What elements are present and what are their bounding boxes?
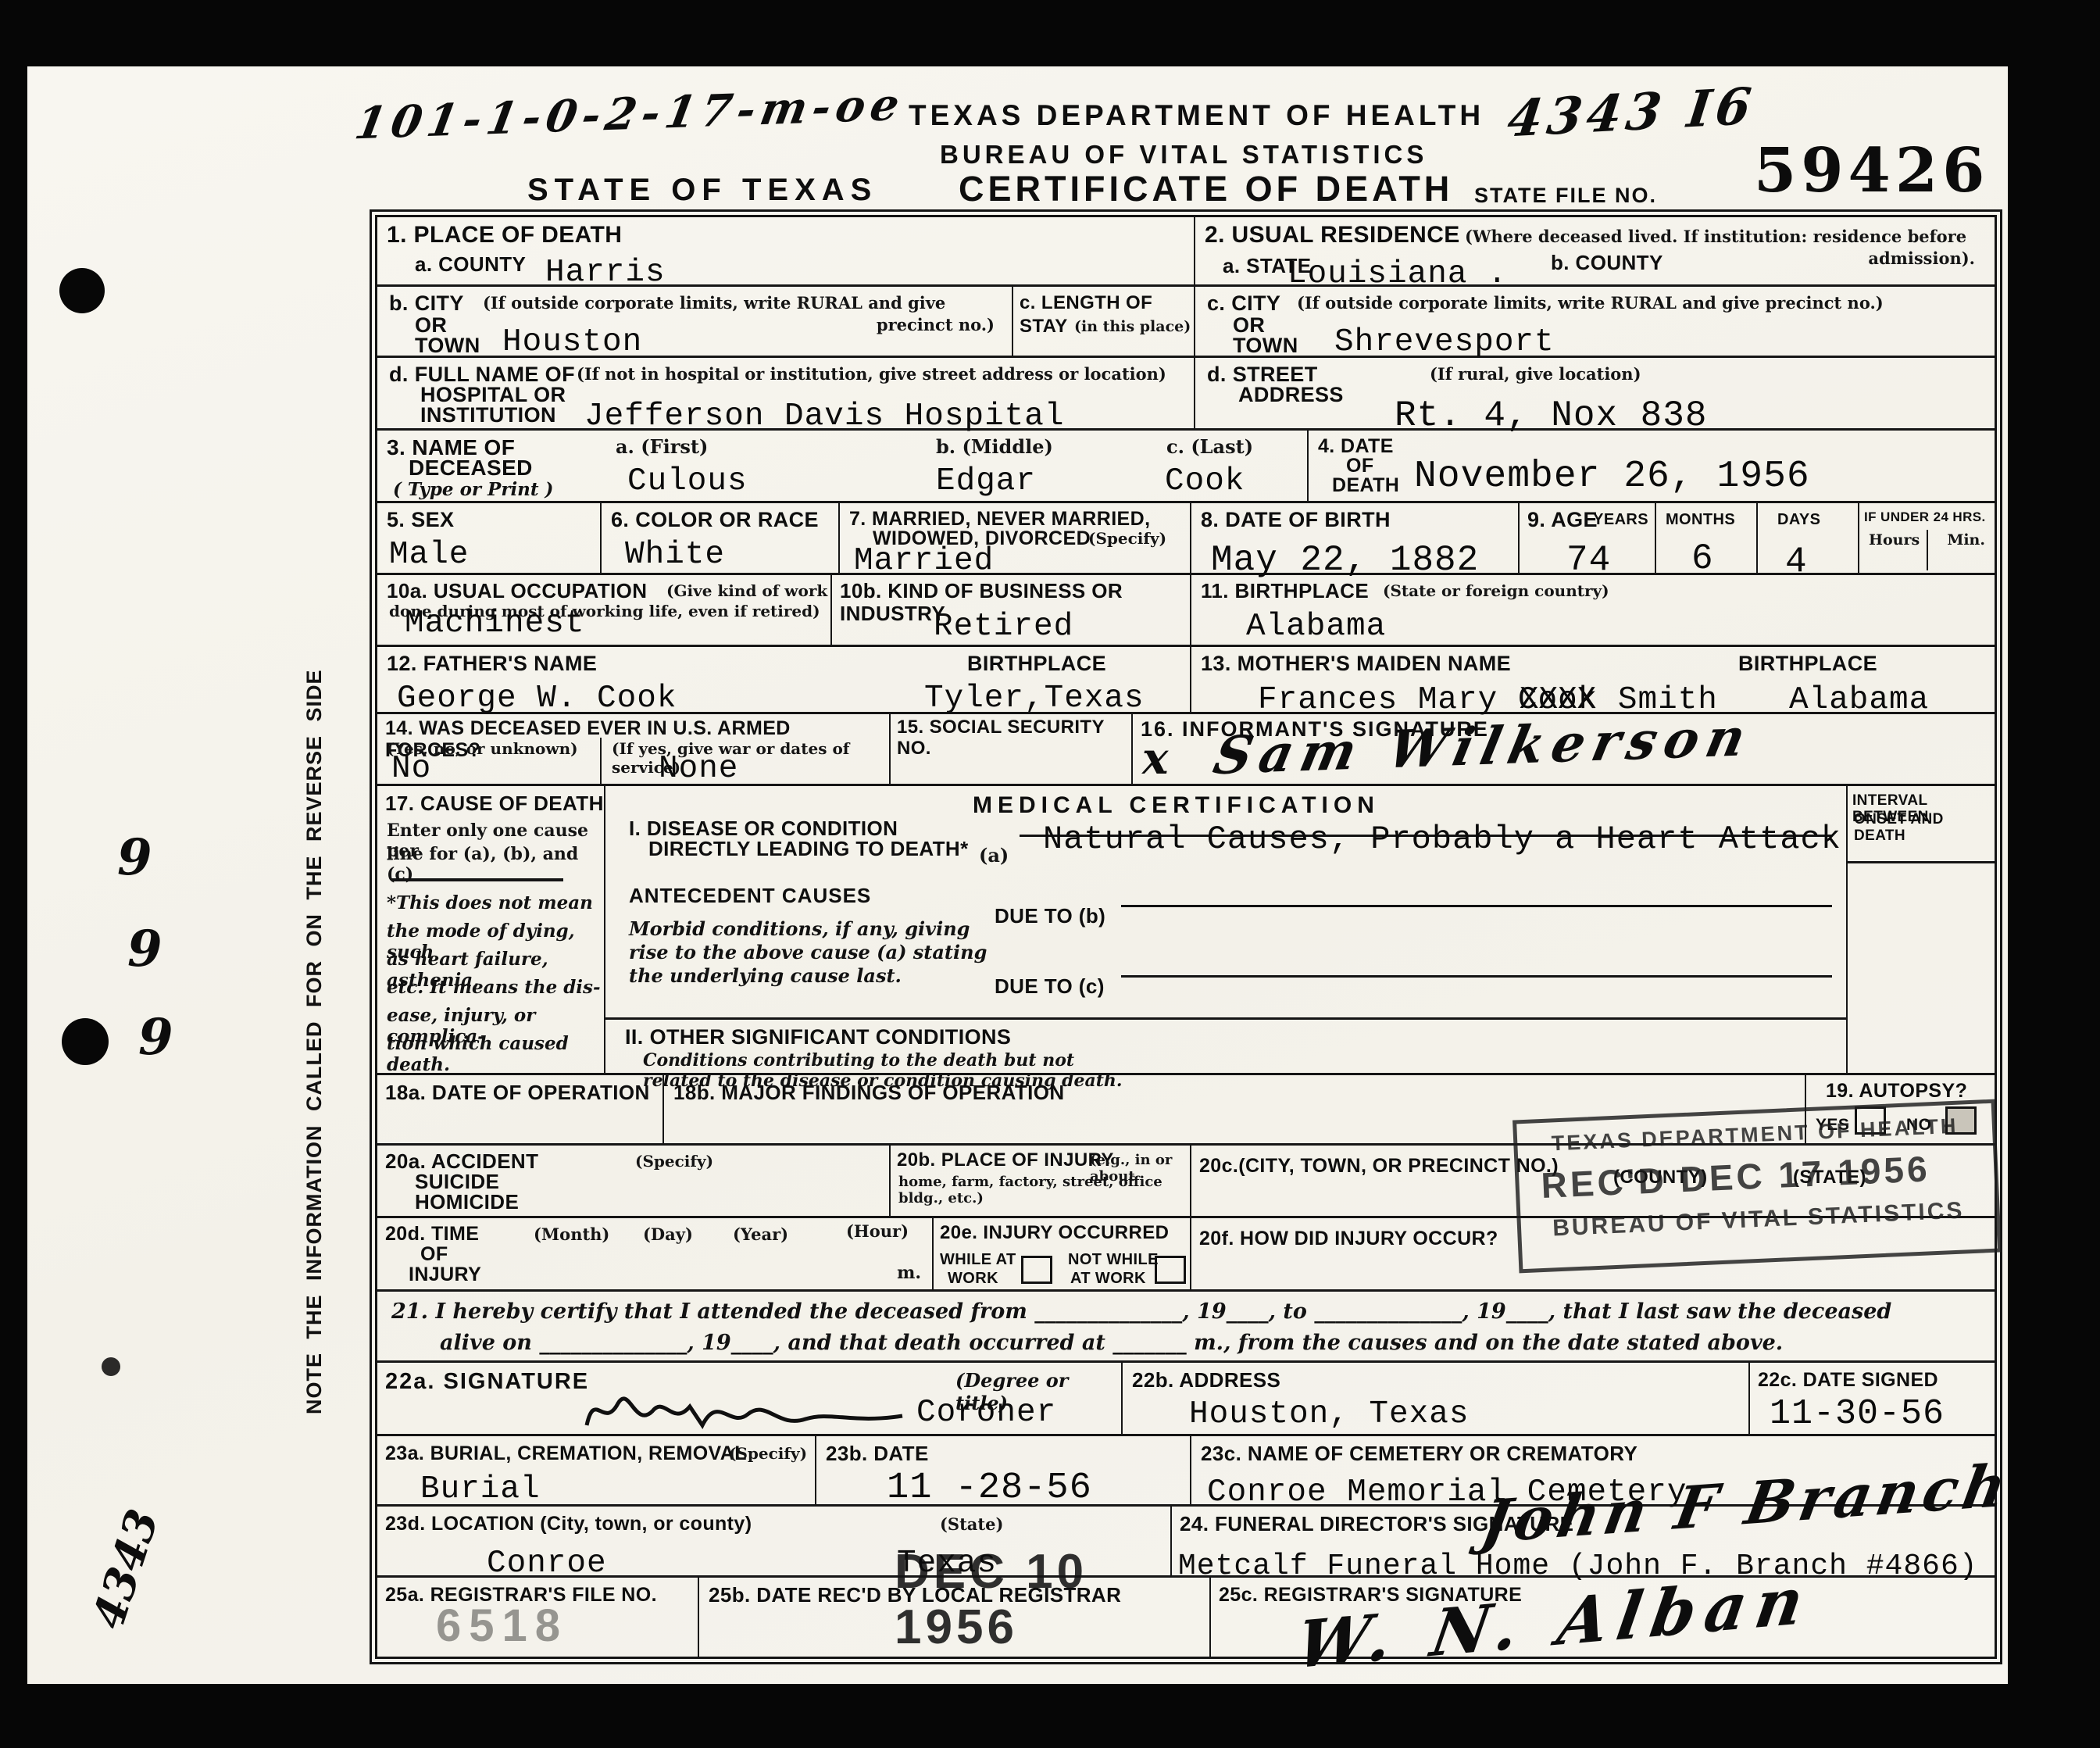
morbid-1: Morbid conditions, if any, giving	[629, 917, 970, 940]
field-ssn: 15. SOCIAL SECURITY NO.	[889, 714, 1131, 784]
time-label-1: 20d. TIME	[385, 1223, 479, 1245]
received-stamp: TEXAS DEPARTMENT OF HEALTH REC'D DEC 17 …	[1512, 1099, 2002, 1274]
dob-value: May 22, 1882	[1211, 540, 1479, 581]
day-tag: (Day)	[643, 1224, 693, 1244]
row-city: b. CITY (If outside corporate limits, wr…	[377, 284, 1995, 356]
row-signature: 22a. SIGNATURE (Degree or title) Coroner…	[377, 1360, 1995, 1434]
age-months-label: MONTHS	[1666, 511, 1735, 528]
cause-foot-4: etc. It means the dis-	[387, 977, 601, 998]
father-label: 12. FATHER'S NAME	[387, 652, 597, 675]
occupation-label: 10a. USUAL OCCUPATION	[387, 580, 647, 602]
name-label-3: ( Type or Print )	[393, 479, 553, 500]
handwritten-nine-1: 9	[117, 828, 152, 887]
certify-line-2: alive on ______________, 19____, and tha…	[440, 1331, 1783, 1355]
forces-answer: No	[391, 751, 431, 787]
occurred-label: 20e. INJURY OCCURRED	[940, 1223, 1169, 1244]
occupation-note-1: (Give kind of work	[666, 581, 827, 600]
forces-divider	[600, 738, 602, 786]
due-to-c-label: DUE TO (c)	[995, 975, 1105, 998]
field-city-of-death: b. CITY (If outside corporate limits, wr…	[377, 287, 1012, 356]
mother-label: 13. MOTHER'S MAIDEN NAME	[1201, 652, 1511, 675]
street-note: (If rural, give location)	[1430, 364, 1641, 384]
field-date-of-death: 4. DATE OF DEATH November 26, 1956	[1307, 431, 1995, 501]
burial-date-label: 23b. DATE	[826, 1442, 929, 1465]
other-note-1: Conditions contributing to the death but…	[643, 1050, 1074, 1071]
state-file-number: 59426	[1754, 135, 1989, 206]
res-city-label-1: c. CITY	[1207, 291, 1280, 315]
due-to-b-label: DUE TO (b)	[995, 905, 1105, 928]
last-name-value: Cook	[1165, 463, 1245, 499]
injury-loc-label: 20c.(CITY, TOWN, OR PRECINCT NO.)	[1199, 1155, 1559, 1177]
field-burial-location: 23d. LOCATION (City, town, or county) Co…	[377, 1507, 791, 1575]
field-signature: 22a. SIGNATURE (Degree or title) Coroner	[377, 1363, 1121, 1434]
residence-title-note: (Where deceased lived. If institution: r…	[1465, 227, 1966, 246]
field-certify-statement: 21. I hereby certify that I attended the…	[377, 1292, 1995, 1360]
operation-date-label: 18a. DATE OF OPERATION	[385, 1081, 650, 1104]
age-days-value: 4	[1785, 542, 1808, 582]
field-length-of-stay: c. LENGTH OF STAY (in this place)	[1012, 287, 1194, 356]
hospital-value: Jefferson Davis Hospital	[584, 399, 1065, 434]
father-birthplace-value: Tyler,Texas	[924, 681, 1145, 717]
residence-title-note2: admission).	[1868, 248, 1975, 268]
birthplace-note: (State or foreign country)	[1383, 581, 1609, 600]
medical-certification-title: MEDICAL CERTIFICATION	[973, 792, 1380, 819]
marital-note: (Specify)	[1088, 529, 1166, 548]
forces-note-2: (If yes, give war or dates of service)	[612, 739, 889, 777]
age-days-label: DAYS	[1777, 511, 1820, 528]
age-months-value: 6	[1691, 538, 1714, 579]
city-note-2: precinct no.)	[877, 315, 995, 334]
reverse-side-note: NOTE THE INFORMATION CALLED FOR ON THE R…	[302, 422, 327, 1414]
burial-label: 23a. BURIAL, CREMATION, REMOVAL	[385, 1442, 747, 1464]
field-name-label: 3. NAME OF DECEASED ( Type or Print )	[377, 431, 596, 501]
birthplace-value: Alabama	[1246, 609, 1386, 645]
city-note-1: (If outside corporate limits, write RURA…	[483, 293, 945, 313]
not-while-2: AT WORK	[1070, 1270, 1146, 1287]
hours-min-divider	[1927, 530, 1928, 570]
handwritten-header-code: 101-1-0-2-17-m-oe	[351, 79, 909, 150]
city-label-1: b. CITY	[389, 291, 464, 315]
row-forces-informant: 14. WAS DECEASED EVER IN U.S. ARMED FORC…	[377, 712, 1995, 784]
place-injury-note-2: home, farm, factory, street, office bldg…	[898, 1174, 1190, 1206]
cause-foot-6: tion which caused death.	[387, 1033, 604, 1075]
date-signed-value: 11-30-56	[1770, 1394, 1945, 1434]
field-operation-date: 18a. DATE OF OPERATION	[377, 1075, 662, 1143]
antecedent-label: ANTECEDENT CAUSES	[629, 885, 871, 907]
dod-label-1: 4. DATE	[1318, 435, 1394, 457]
field-race: 6. COLOR OR RACE White	[600, 503, 838, 573]
mother-birthplace-label: BIRTHPLACE	[1738, 652, 1877, 675]
row-location-funeral: 23d. LOCATION (City, town, or county) Co…	[377, 1504, 1995, 1575]
kind-label-3: HOMICIDE	[415, 1191, 519, 1214]
field-under-24: IF UNDER 24 HRS. Hours Min.	[1858, 503, 1995, 573]
race-value: White	[625, 537, 725, 573]
field-marital: 7. MARRIED, NEVER MARRIED, WIDOWED, DIVO…	[838, 503, 1190, 573]
row-registrar: 25a. REGISTRAR'S FILE NO. 6518 25b. DATE…	[377, 1575, 1995, 1657]
stay-label-1: c. LENGTH OF	[1020, 293, 1152, 314]
row-demographics: 5. SEX Male 6. COLOR OR RACE White 7. MA…	[377, 501, 1995, 573]
residence-county-label: b. COUNTY	[1551, 252, 1663, 274]
handwritten-corner-code: 4343	[82, 1503, 169, 1635]
father-name-value: George W. Cook	[397, 681, 677, 717]
field-father: 12. FATHER'S NAME BIRTHPLACE George W. C…	[377, 647, 1190, 712]
father-birthplace-label: BIRTHPLACE	[967, 652, 1106, 675]
address-value: Houston, Texas	[1189, 1396, 1469, 1432]
field-funeral-director: 24. FUNERAL DIRECTOR'S SIGNATURE Metcalf…	[1170, 1507, 1995, 1575]
degree-value: Coroner	[916, 1395, 1056, 1431]
header-title: CERTIFICATE OF DEATH	[959, 170, 1453, 209]
row-place-residence: 1. PLACE OF DEATH a. COUNTY Harris 2. US…	[377, 217, 1995, 284]
last-name-label: c. (Last)	[1166, 435, 1253, 458]
hospital-label-3: INSTITUTION	[420, 403, 556, 427]
signature-label: 22a. SIGNATURE	[385, 1369, 589, 1394]
cause-label: 17. CAUSE OF DEATH	[385, 792, 604, 815]
county-value: Harris	[545, 255, 666, 291]
while-at-work-checkbox	[1021, 1256, 1052, 1284]
cemetery-label: 23c. NAME OF CEMETERY OR CREMATORY	[1201, 1442, 1637, 1465]
header-department: TEXAS DEPARTMENT OF HEALTH	[909, 99, 1484, 131]
month-tag: (Month)	[534, 1224, 609, 1244]
field-first-name: a. (First) Culous	[596, 431, 901, 501]
field-date-received: 25b. DATE REC'D BY LOCAL REGISTRAR DEC 1…	[698, 1578, 1209, 1657]
field-sex: 5. SEX Male	[377, 503, 600, 573]
punch-hole-top	[59, 268, 105, 313]
row-name: 3. NAME OF DECEASED ( Type or Print ) a.…	[377, 428, 1995, 501]
medical-certification-column: MEDICAL CERTIFICATION I. DISEASE OR COND…	[604, 786, 1846, 1073]
handwritten-file-code: 4343 I6	[1505, 77, 1759, 148]
field-industry: 10b. KIND OF BUSINESS OR INDUSTRY Retire…	[830, 575, 1190, 645]
field-place-of-injury: 20b. PLACE OF INJURY (e.g., in or about …	[889, 1146, 1190, 1216]
industry-value: Retired	[934, 609, 1073, 645]
header-state-of-texas: STATE OF TEXAS	[527, 173, 877, 208]
cause-foot-1: *This does not mean	[387, 892, 593, 913]
hour-tag: (Hour)	[846, 1221, 909, 1241]
city-label-3: TOWN	[415, 334, 480, 357]
dod-label-3: DEATH	[1332, 474, 1399, 496]
hospital-note: (If not in hospital or institution, give…	[577, 364, 1166, 384]
interval-line	[1848, 861, 1995, 863]
field-residence-city: c. CITY (If outside corporate limits, wr…	[1194, 287, 1995, 356]
cause-notes-column: 17. CAUSE OF DEATH Enter only one cause …	[377, 786, 604, 1073]
funeral-director-typed: Metcalf Funeral Home (John F. Branch #48…	[1178, 1550, 1978, 1583]
not-while-at-work-checkbox	[1155, 1256, 1186, 1284]
burial-location-label: 23d. LOCATION (City, town, or county)	[385, 1513, 752, 1535]
street-label-2: ADDRESS	[1238, 383, 1344, 406]
field-usual-residence: 2. USUAL RESIDENCE (Where deceased lived…	[1194, 217, 1995, 284]
hours-label: Hours	[1869, 531, 1920, 549]
dob-label: 8. DATE OF BIRTH	[1201, 508, 1391, 531]
informant-x-mark: x	[1142, 733, 1168, 785]
header-bureau: BUREAU OF VITAL STATISTICS	[940, 141, 1427, 170]
field-burial: 23a. BURIAL, CREMATION, REMOVAL (Specify…	[377, 1436, 815, 1504]
morbid-3: the underlying cause last.	[629, 964, 902, 987]
burial-date-value: 11 -28-56	[887, 1467, 1092, 1509]
row-certify-statement: 21. I hereby certify that I attended the…	[377, 1289, 1995, 1360]
address-label: 22b. ADDRESS	[1132, 1369, 1280, 1392]
first-name-label: a. (First)	[616, 435, 708, 458]
stamp-line-2: REC'D DEC 17 1956	[1541, 1145, 1984, 1206]
m-tag: m.	[897, 1263, 921, 1283]
row-hospital: d. FULL NAME OF (If not in hospital or i…	[377, 356, 1995, 428]
marital-label-1: 7. MARRIED, NEVER MARRIED,	[849, 508, 1150, 530]
time-label-2: OF	[420, 1243, 448, 1265]
middle-name-value: Edgar	[936, 463, 1036, 499]
field-burial-date: 23b. DATE 11 -28-56	[815, 1436, 1190, 1504]
dod-label-2: OF	[1346, 455, 1374, 477]
row-cause-of-death: 17. CAUSE OF DEATH Enter only one cause …	[377, 784, 1995, 1073]
due-to-c-line	[1121, 975, 1832, 978]
place-injury-label: 20b. PLACE OF INJURY	[897, 1150, 1114, 1171]
field-street-address: d. STREET ADDRESS (If rural, give locati…	[1194, 358, 1995, 428]
stay-label-2: STAY	[1020, 316, 1068, 338]
ink-dot	[102, 1357, 120, 1376]
other-conditions-divider	[605, 1017, 1846, 1020]
operation-findings-label: 18b. MAJOR FINDINGS OF OPERATION	[673, 1081, 1065, 1104]
field-age-months: MONTHS 6	[1655, 503, 1756, 573]
burial-value: Burial	[420, 1471, 541, 1507]
while-at-2: WORK	[948, 1270, 998, 1287]
year-tag: (Year)	[733, 1224, 788, 1244]
sex-label: 5. SEX	[387, 508, 454, 531]
under24-label: IF UNDER 24 HRS.	[1864, 509, 1986, 524]
field-time-of-injury: 20d. TIME OF INJURY (Month) (Day) (Year)…	[377, 1218, 932, 1289]
city-value: Houston	[502, 324, 642, 360]
certificate-form: 1. PLACE OF DEATH a. COUNTY Harris 2. US…	[375, 215, 1997, 1659]
cause-a-value: Natural Causes, Probably a Heart Attack	[1043, 820, 1841, 858]
res-city-value: Shrevesport	[1334, 324, 1555, 360]
field-occupation: 10a. USUAL OCCUPATION (Give kind of work…	[377, 575, 830, 645]
burial-location-value: Conroe	[487, 1546, 607, 1582]
interval-label-2: ONSET AND DEATH	[1854, 811, 1995, 845]
res-city-note: (If outside corporate limits, write RURA…	[1297, 293, 1884, 313]
autopsy-label: 19. AUTOPSY?	[1826, 1080, 1967, 1102]
interval-column: INTERVAL BETWEEN ONSET AND DEATH	[1846, 786, 1995, 1073]
field-accident-suicide-homicide: 20a. ACCIDENT SUICIDE HOMICIDE (Specify)	[377, 1146, 889, 1216]
handwritten-nine-3: 9	[138, 1008, 173, 1067]
res-city-label-3: TOWN	[1233, 334, 1298, 357]
time-label-3: INJURY	[409, 1264, 481, 1285]
other-conditions-label: II. OTHER SIGNIFICANT CONDITIONS	[625, 1025, 1011, 1049]
field-hospital: d. FULL NAME OF (If not in hospital or i…	[377, 358, 1194, 428]
field-mother: 13. MOTHER'S MAIDEN NAME BIRTHPLACE Fran…	[1190, 647, 1995, 712]
due-to-b-line	[1121, 905, 1832, 907]
registrar-file-value: 6518	[436, 1600, 568, 1652]
middle-name-label: b. (Middle)	[936, 435, 1053, 458]
forces-detail: None	[659, 751, 738, 787]
birthplace-label: 11. BIRTHPLACE	[1201, 580, 1369, 602]
occupation-value: Machinest	[405, 606, 584, 642]
handwritten-nine-2: 9	[127, 920, 162, 978]
field-armed-forces: 14. WAS DECEASED EVER IN U.S. ARMED FORC…	[377, 714, 889, 784]
min-label: Min.	[1947, 531, 1985, 549]
field-age: 9. AGE YEARS 74	[1518, 503, 1655, 573]
ssn-label: 15. SOCIAL SECURITY NO.	[897, 717, 1131, 760]
age-years-label: YEARS	[1593, 511, 1648, 528]
field-address-22b: 22b. ADDRESS Houston, Texas	[1121, 1363, 1748, 1434]
race-label: 6. COLOR OR RACE	[611, 508, 819, 531]
dod-value: November 26, 1956	[1414, 456, 1810, 498]
cause-note-divider	[391, 878, 563, 881]
first-name-value: Culous	[627, 463, 748, 499]
mother-name-a: Frances Mary	[1258, 682, 1518, 718]
field-birthplace: 11. BIRTHPLACE (State or foreign country…	[1190, 575, 1995, 645]
field-date-of-birth: 8. DATE OF BIRTH May 22, 1882	[1190, 503, 1518, 573]
marital-value: Married	[854, 543, 994, 579]
field-registrar-signature: 25c. REGISTRAR'S SIGNATURE W. N. Alban	[1209, 1578, 1995, 1657]
how-injury-label: 20f. HOW DID INJURY OCCUR?	[1199, 1228, 1498, 1249]
field-injury-occurred: 20e. INJURY OCCURRED WHILE AT WORK NOT W…	[932, 1218, 1190, 1289]
burial-note: (Specify)	[729, 1444, 807, 1463]
field-date-signed: 22c. DATE SIGNED 11-30-56	[1748, 1363, 1995, 1434]
state-file-no-label: STATE FILE NO.	[1474, 184, 1657, 207]
name-label-2: DECEASED	[409, 456, 533, 480]
field-middle-name: b. (Middle) Edgar	[901, 431, 1159, 501]
street-value: Rt. 4, Nox 838	[1395, 395, 1707, 436]
stay-note: (in this place)	[1074, 318, 1191, 335]
sex-value: Male	[389, 537, 469, 573]
disease-a-tag: (a)	[979, 844, 1009, 867]
while-at-1: WHILE AT	[940, 1251, 1016, 1268]
county-label: a. COUNTY	[415, 253, 526, 276]
age-years-value: 74	[1566, 540, 1611, 581]
date-signed-label: 22c. DATE SIGNED	[1758, 1369, 1938, 1391]
burial-state-note: (State)	[940, 1514, 1003, 1534]
age-label: 9. AGE	[1527, 508, 1598, 531]
disease-label-2: DIRECTLY LEADING TO DEATH*	[648, 838, 969, 860]
kind-note: (Specify)	[635, 1152, 713, 1171]
field-last-name: c. (Last) Cook	[1159, 431, 1307, 501]
punch-hole-middle	[62, 1018, 109, 1065]
mother-birthplace-value: Alabama	[1789, 682, 1929, 718]
field-place-of-death: 1. PLACE OF DEATH a. COUNTY Harris	[377, 217, 1194, 284]
field-informant: 16. INFORMANT'S SIGNATURE x Sam Wilkerso…	[1131, 714, 1995, 784]
scanned-death-certificate: NOTE THE INFORMATION CALLED FOR ON THE R…	[0, 0, 2100, 1748]
coroner-signature-scribble	[580, 1380, 909, 1436]
not-while-1: NOT WHILE	[1068, 1251, 1159, 1268]
residence-state-value: Louisiana .	[1287, 256, 1508, 292]
certificate-page: NOTE THE INFORMATION CALLED FOR ON THE R…	[27, 66, 2008, 1684]
field-age-days: DAYS 4	[1756, 503, 1858, 573]
row-occupation: 10a. USUAL OCCUPATION (Give kind of work…	[377, 573, 1995, 645]
certify-line-1: 21. I hereby certify that I attended the…	[391, 1299, 1891, 1324]
morbid-2: rise to the above cause (a) stating	[629, 941, 987, 963]
residence-title: 2. USUAL RESIDENCE	[1205, 222, 1460, 248]
burial-state-value: Texas	[897, 1546, 997, 1582]
place-of-death-title: 1. PLACE OF DEATH	[387, 222, 622, 248]
field-registrar-file: 25a. REGISTRAR'S FILE NO. 6518	[377, 1578, 698, 1657]
row-parents: 12. FATHER'S NAME BIRTHPLACE George W. C…	[377, 645, 1995, 712]
